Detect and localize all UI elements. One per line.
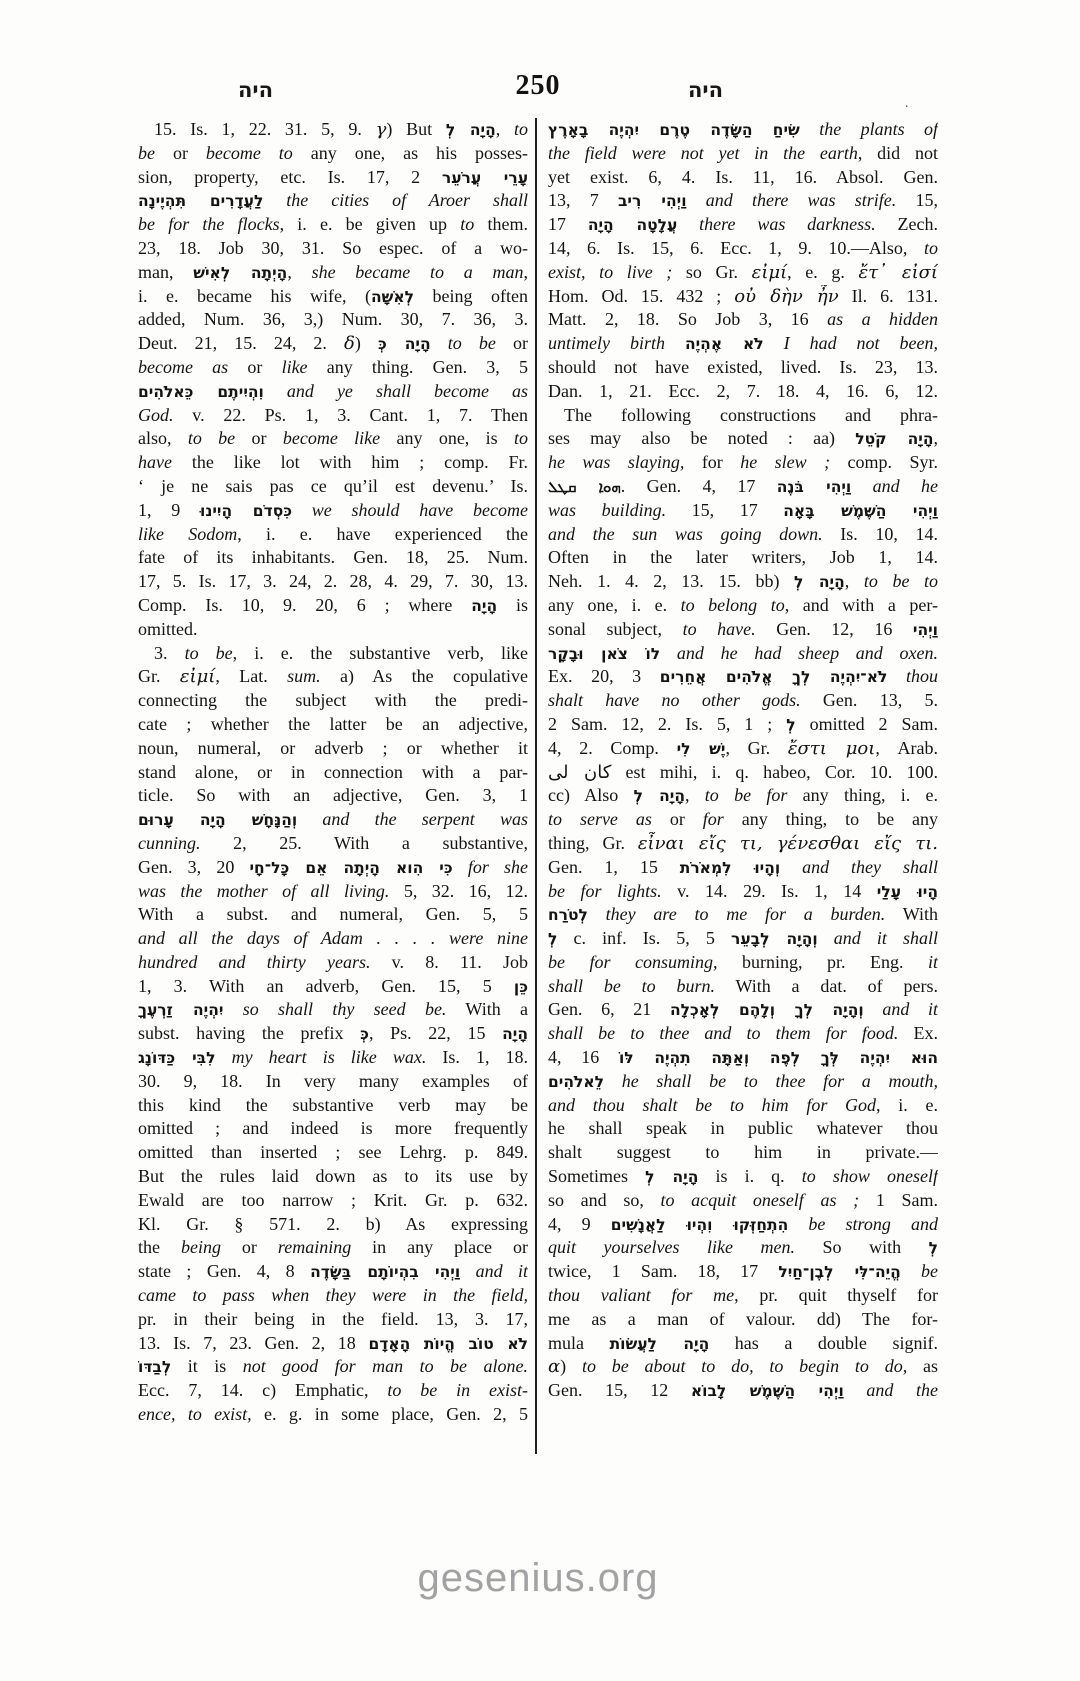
text-line: Matt. 2, 18. So Job 3, 16 as a hidden	[548, 308, 938, 332]
text-line: cc) Also הָיָה לְ, to be for any thing, …	[548, 784, 938, 808]
text-line: With a subst. and numeral, Gen. 5, 5	[138, 903, 528, 927]
text-line: The following constructions and phra-	[548, 404, 938, 428]
text-line: לְטֹרַח they are to me for a burden. Wit…	[548, 903, 938, 927]
running-head-keyword-right: היה	[688, 78, 723, 102]
text-line: he shall speak in public whatever thou	[548, 1117, 938, 1141]
text-line: shalt have no other gods. Gen. 13, 5.	[548, 689, 938, 713]
text-line: i. e. became his wife, (לְאִשָּׁה being …	[138, 285, 528, 309]
ink-speck: .	[905, 96, 909, 112]
text-line: Gr. εἰμί, Lat. sum. a) As the copulative	[138, 665, 528, 689]
text-line: fate of its inhabitants. Gen. 18, 25. Nu…	[138, 546, 528, 570]
text-line: subst. having the prefix כְּ, Ps. 22, 15…	[138, 1022, 528, 1046]
text-line: came to pass when they were in the field…	[138, 1284, 528, 1308]
text-line: omitted than inserted ; see Lehrg. p. 84…	[138, 1141, 528, 1165]
text-line: ܗܘܐ ܩܛܠ. Gen. 4, 17 וַיְהִי בֹּנֶה and h…	[548, 475, 938, 499]
text-line: Gen. 6, 21 וְהָיָה לְךָ וְלָהֶם לְאָכְלָ…	[548, 998, 938, 1022]
text-line: שִׂיחַ הַשָּׂדֶה טֶרֶם יִהְיֶה בָאָרֶץ t…	[548, 118, 938, 142]
text-line: cate ; whether the latter be an adjectiv…	[138, 713, 528, 737]
text-line: Deut. 21, 15. 24, 2. δ) הָיָה כְּ to be …	[138, 332, 528, 356]
text-line: be for the flocks, i. e. be given up to …	[138, 213, 528, 237]
text-line: לְ c. inf. Is. 5, 5 וְהָיָה לְבָעֵר and …	[548, 927, 938, 951]
text-line: לֵאלֹהִים he shall be to thee for a mout…	[548, 1070, 938, 1094]
text-line: become as or like any thing. Gen. 3, 5	[138, 356, 528, 380]
text-line: ticle. So with an adjective, Gen. 3, 1	[138, 784, 528, 808]
text-line: thing, Gr. εἶναι εἴς τι, γένεσθαι εἴς τι…	[548, 832, 938, 856]
text-line: וְהַנָּחָשׁ הָיָה עָרוּם and the serpent…	[138, 808, 528, 832]
text-line: quit yourselves like men. So with לְ	[548, 1236, 938, 1260]
text-line: any one, i. e. to belong to, and with a …	[548, 594, 938, 618]
text-line: have the like lot with him ; comp. Fr.	[138, 451, 528, 475]
text-line: the being or remaining in any place or	[138, 1236, 528, 1260]
text-line: shall be to thee and to them for food. E…	[548, 1022, 938, 1046]
text-line: like Sodom, i. e. have experienced the	[138, 523, 528, 547]
left-column: 15. Is. 1, 22. 31. 5, 9. γ) But הָיָה לְ…	[138, 118, 528, 1427]
text-line: mula הָיָה לַעֲשׂוֹת has a double signif…	[548, 1332, 938, 1356]
text-line: added, Num. 36, 3,) Num. 30, 7. 36, 3.	[138, 308, 528, 332]
text-line: 1, 9 כִּסְדֹם הָיִינוּ we should have be…	[138, 499, 528, 523]
text-line: Dan. 1, 21. Ecc. 2, 7. 18. 4, 16. 6, 12.	[548, 380, 938, 404]
text-line: לִבִּי כַּדּוֹנָג my heart is like wax. …	[138, 1046, 528, 1070]
text-line: and all the days of Adam . . . . were ni…	[138, 927, 528, 951]
text-line: ence, to exist, e. g. in some place, Gen…	[138, 1403, 528, 1427]
text-line: α) to be about to do, to begin to do, as	[548, 1355, 938, 1379]
text-line: to serve as or for any thing, to be any	[548, 808, 938, 832]
text-line: 23, 18. Job 30, 31. So espec. of a wo-	[138, 237, 528, 261]
text-line: 4, 9 הִתְחַזְּקוּ וִהְיוּ לַאֲנָשִׁים be…	[548, 1213, 938, 1237]
text-line: be or become to any one, as his posses-	[138, 142, 528, 166]
text-line: twice, 1 Sam. 18, 17 הֱיֵה־לִּי לְבֶן־חַ…	[548, 1260, 938, 1284]
text-line: Neh. 1. 4. 2, 13. 15. bb) הָיָה לְ, to b…	[548, 570, 938, 594]
text-line: יִהְיֶה זַרְעֶךָ so shall thy seed be. W…	[138, 998, 528, 1022]
text-line: ‘ je ne sais pas ce qu’il est devenu.’ I…	[138, 475, 528, 499]
text-line: should not have existed, lived. Is. 23, …	[548, 356, 938, 380]
text-line: thou valiant for me, pr. quit thyself fo…	[548, 1284, 938, 1308]
text-line: sion, property, etc. Is. 17, 2 עָרֵי עֲר…	[138, 166, 528, 190]
text-line: 3. to be, i. e. the substantive verb, li…	[138, 642, 528, 666]
text-line: Ecc. 7, 14. c) Emphatic, to be in exist-	[138, 1379, 528, 1403]
text-line: man, הָיְתָה לְאִישׁ, she became to a ma…	[138, 261, 528, 285]
text-line: 2 Sam. 12, 2. Is. 5, 1 ; לְ omitted 2 Sa…	[548, 713, 938, 737]
text-line: shall be to burn. With a dat. of pers.	[548, 975, 938, 999]
text-line: 13, 7 וַיְהִי רִיב and there was strife.…	[548, 189, 938, 213]
text-line: noun, numeral, or adverb ; or whether it	[138, 737, 528, 761]
text-line: לַעֲדָרִים תִּהְיֶינָה the cities of Aro…	[138, 189, 528, 213]
text-line: also, to be or become like any one, is t…	[138, 427, 528, 451]
text-line: 30. 9, 18. In very many examples of	[138, 1070, 528, 1094]
text-line: omitted.	[138, 618, 528, 642]
text-line: Gen. 3, 20 כִּי הִוא הָיְתָה אֵם כָּל־חָ…	[138, 856, 528, 880]
text-line: untimely birth לֹא אֶהְיֶה I had not bee…	[548, 332, 938, 356]
text-line: 4, 16 הוּא יִהְיֶה לְּךָ לְפֶה וְאַתָּה …	[548, 1046, 938, 1070]
text-line: 17, 5. Is. 17, 3. 24, 2. 28, 4. 29, 7. 3…	[138, 570, 528, 594]
text-line: Gen. 15, 12 וַיְהִי הַשֶּׁמֶשׁ לָבוֹא an…	[548, 1379, 938, 1403]
right-column: שִׂיחַ הַשָּׂדֶה טֶרֶם יִהְיֶה בָאָרֶץ t…	[548, 118, 938, 1427]
text-line: stand alone, or in connection with a par…	[138, 761, 528, 785]
text-line: was building. 15, 17 וַיְהִי הַשֶּׁמֶשׁ …	[548, 499, 938, 523]
text-line: the field were not yet in the earth, did…	[548, 142, 938, 166]
page-number: 250	[138, 70, 938, 102]
text-line: לוֹ צֹאן וּבָקָר and he had sheep and ox…	[548, 642, 938, 666]
text-line: Ewald are too narrow ; Krit. Gr. p. 632.	[138, 1189, 528, 1213]
text-line: and the sun was going down. Is. 10, 14.	[548, 523, 938, 547]
text-line: לְבַדּוֹ it is not good for man to be al…	[138, 1355, 528, 1379]
text-line: Comp. Is. 10, 9. 20, 6 ; where הָיָה is	[138, 594, 528, 618]
text-line: ses may also be noted : aa) הָיָה קֹטֵל,	[548, 427, 938, 451]
text-line: 13. Is. 7, 23. Gen. 2, 18 לֹא טוֹב הֱיוֹ…	[138, 1332, 528, 1356]
lexicon-page-scan: היה 250 היה . 15. Is. 1, 22. 31. 5, 9. γ…	[0, 0, 1080, 1681]
text-line: was the mother of all living. 5, 32. 16,…	[138, 880, 528, 904]
text-block: 15. Is. 1, 22. 31. 5, 9. γ) But הָיָה לְ…	[138, 118, 938, 1427]
text-line: cunning. 2, 25. With a substantive,	[138, 832, 528, 856]
text-line: Often in the later writers, Job 1, 14.	[548, 546, 938, 570]
text-line: God. v. 22. Ps. 1, 3. Cant. 1, 7. Then	[138, 404, 528, 428]
text-line: 4, 2. Comp. יֶשׁ לִי, Gr. ἔστι μοι, Arab…	[548, 737, 938, 761]
text-line: this kind the substantive verb may be	[138, 1094, 528, 1118]
text-line: 14, 6. Is. 15, 6. Ecc. 1, 9. 10.—Also, t…	[548, 237, 938, 261]
text-line: Kl. Gr. § 571. 2. b) As expressing	[138, 1213, 528, 1237]
text-line: exist, to live ; so Gr. εἰμί, e. g. ἔτ᾽ …	[548, 261, 938, 285]
text-line: 1, 3. With an adverb, Gen. 15, 5 כֵּן	[138, 975, 528, 999]
text-line: me as a man of valour. dd) The for-	[548, 1308, 938, 1332]
text-line: 17 עֲלָטָה הָיָה there was darkness. Zec…	[548, 213, 938, 237]
text-line: pr. in their being in the field. 13, 3. …	[138, 1308, 528, 1332]
text-line: Hom. Od. 15. 432 ; οὐ δὴν ἦν Il. 6. 131.	[548, 285, 938, 309]
watermark: gesenius.org	[138, 1556, 938, 1601]
text-line: connecting the subject with the predi-	[138, 689, 528, 713]
text-line: hundred and thirty years. v. 8. 11. Job	[138, 951, 528, 975]
text-line: be for lights. v. 14. 29. Is. 1, 14 הָיו…	[548, 880, 938, 904]
text-line: 15. Is. 1, 22. 31. 5, 9. γ) But הָיָה לְ…	[138, 118, 528, 142]
text-line: Gen. 1, 15 וְהָיוּ לִמְאֹרֹת and they sh…	[548, 856, 938, 880]
text-line: be for consuming, burning, pr. Eng. it	[548, 951, 938, 975]
text-line: But the rules laid down as to its use by	[138, 1165, 528, 1189]
text-line: and thou shalt be to him for God, i. e.	[548, 1094, 938, 1118]
text-line: sonal subject, to have. Gen. 12, 16 וַיְ…	[548, 618, 938, 642]
text-line: so and so, to acquit oneself as ; 1 Sam.	[548, 1189, 938, 1213]
text-line: he was slaying, for he slew ; comp. Syr.	[548, 451, 938, 475]
text-line: omitted ; and indeed is more frequently	[138, 1117, 528, 1141]
text-line: shalt suggest to him in private.—	[548, 1141, 938, 1165]
text-line: كان لى est mihi, i. q. habeo, Cor. 10. 1…	[548, 761, 938, 785]
text-line: Sometimes הָיָה לְ is i. q. to show ones…	[548, 1165, 938, 1189]
text-line: Ex. 20, 3 לֹא־יִהְיֶה לְךָ אֱלֹהִים אֲחֵ…	[548, 665, 938, 689]
text-line: state ; Gen. 4, 8 וַיְהִי בִהְיוֹתָם בַּ…	[138, 1260, 528, 1284]
text-line: וִהְיִיתֶם כֵּאלֹהִים and ye shall becom…	[138, 380, 528, 404]
text-line: yet exist. 6, 4. Is. 11, 16. Absol. Gen.	[548, 166, 938, 190]
